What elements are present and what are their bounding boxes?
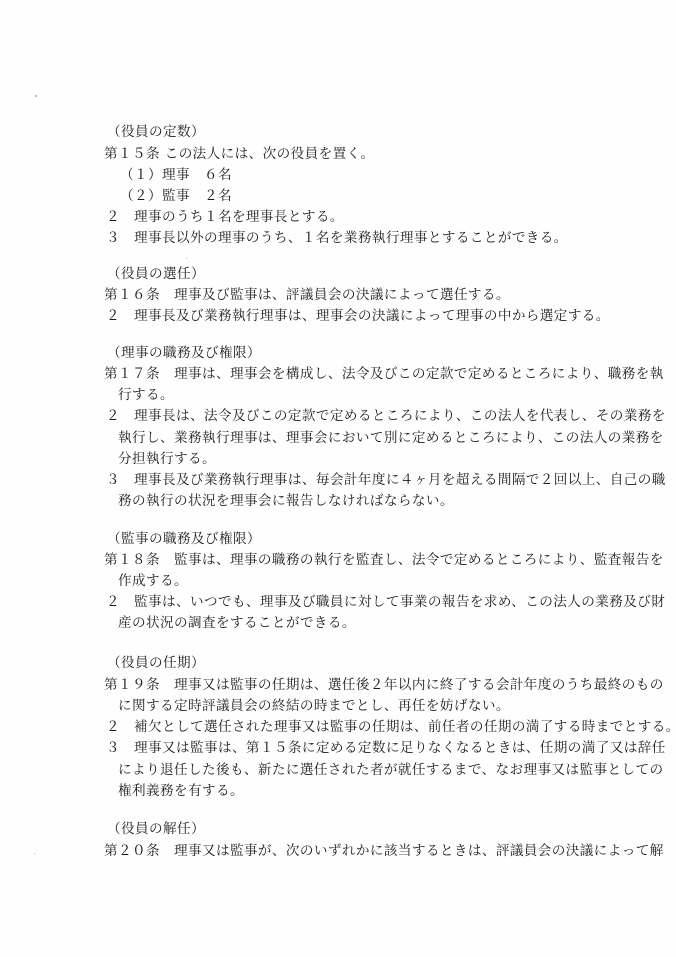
article-16-para-2: ２ 理事長及び業務執行理事は、理事会の決議によって理事の中から選定する。 (106, 308, 610, 324)
article-19-para-2: ２ 補欠として選任された理事又は監事の任期は、前任者の任期の満了する時までとする… (106, 719, 676, 735)
scan-speck (34, 853, 35, 854)
article-17-para-3-cont: 務の執行の状況を理事会に報告しなければならない。 (118, 493, 454, 509)
article-15: 第１５条 この法人には、次の役員を置く。 (104, 146, 374, 162)
scan-speck (186, 258, 187, 259)
article-17-para-2: ２ 理事長は、法令及びこの定款で定めるところにより、この法人を代表し、その業務を (106, 408, 666, 424)
section-heading-officer-term: （役員の任期） (107, 655, 205, 671)
article-18-para-2-cont: 産の状況の調査をすることができる。 (118, 615, 356, 631)
article-19-para-3-cont-2: 権利義務を有する。 (118, 783, 244, 799)
article-17-cont: 行する。 (118, 387, 174, 403)
article-15-para-2: ２ 理事のうち１名を理事長とする。 (106, 209, 344, 225)
section-heading-officer-election: （役員の選任） (107, 266, 205, 282)
article-19-para-3: ３ 理事又は監事は、第１５条に定める定数に足りなくなるときは、任期の満了又は辞任 (106, 740, 666, 756)
article-18-cont: 作成する。 (118, 573, 188, 589)
article-18-para-2: ２ 監事は、いつでも、理事及び職員に対して事業の報告を求め、この法人の業務及び財 (106, 594, 665, 610)
article-15-item-1: （１）理事 ６名 (120, 167, 232, 183)
scan-speck (35, 95, 37, 97)
article-19: 第１９条 理事又は監事の任期は、選任後２年以内に終了する会計年度のうち最終のもの (104, 677, 664, 693)
section-heading-auditor-duties: （監事の職務及び権限） (107, 531, 261, 547)
article-19-cont: に関する定時評議員会の終結の時までとし、再任を妨げない。 (118, 698, 510, 714)
section-heading-director-duties: （理事の職務及び権限） (107, 345, 261, 361)
article-16: 第１６条 理事及び監事は、評議員会の決議によって選任する。 (104, 287, 510, 303)
article-17: 第１７条 理事は、理事会を構成し、法令及びこの定款で定めるところにより、職務を執 (104, 366, 664, 382)
article-15-item-2: （２）監事 ２名 (120, 188, 232, 204)
document-page: （役員の定数） 第１５条 この法人には、次の役員を置く。 （１）理事 ６名 （２… (0, 0, 676, 957)
article-20: 第２０条 理事又は監事が、次のいずれかに該当するときは、評議員会の決議によって解 (104, 843, 664, 859)
article-15-para-3: ３ 理事長以外の理事のうち、１名を業務執行理事とすることができる。 (106, 230, 568, 246)
article-19-para-3-cont-1: により退任した後も、新たに選任された者が就任するまで、なお理事又は監事としての (118, 762, 663, 778)
article-17-para-3: ３ 理事長及び業務執行理事は、毎会計年度に４ヶ月を超える間隔で２回以上、自己の職 (106, 472, 666, 488)
section-heading-officer-count: （役員の定数） (107, 124, 205, 140)
article-17-para-2-cont-1: 執行し、業務執行理事は、理事会において別に定めるところにより、この法人の業務を (118, 430, 664, 446)
article-17-para-2-cont-2: 分担執行する。 (118, 451, 216, 467)
section-heading-officer-dismissal: （役員の解任） (107, 821, 205, 837)
article-18: 第１８条 監事は、理事の職務の執行を監査し、法令で定めるところにより、監査報告を (104, 552, 664, 568)
